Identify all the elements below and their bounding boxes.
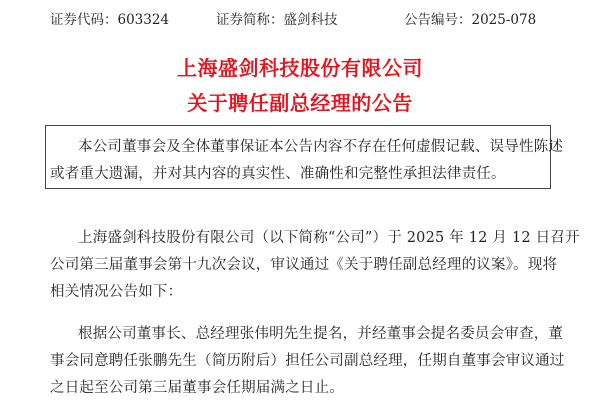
securities-code: 证券代码：603324 <box>50 8 169 28</box>
disclaimer-box: 本公司董事会及全体董事保证本公告内容不存在任何虚假记载、误导性陈述 或者重大遗漏… <box>45 125 551 189</box>
company-title: 上海盛剑科技股份有限公司 <box>0 52 600 81</box>
announcement-title: 关于聘任副总经理的公告 <box>0 87 600 116</box>
disclaimer-line: 或者重大遗漏，并对其内容的真实性、准确性和完整性承担法律责任。 <box>50 162 506 183</box>
paragraph-line: 相关情况公告如下： <box>50 280 182 301</box>
paragraph-line: 公司第三届董事会第十九次会议，审议通过《关于聘任副总经理的议案》。现将 <box>50 253 557 274</box>
paragraph-line: 上海盛剑科技股份有限公司（以下简称“公司”）于 2025 年 12 月 12 日… <box>78 226 580 247</box>
announcement-number: 公告编号：2025-078 <box>404 8 536 28</box>
paragraph-line: 根据公司董事长、总经理张伟明先生提名，并经董事会提名委员会审查，董 <box>78 322 563 343</box>
disclaimer-line: 本公司董事会及全体董事保证本公告内容不存在任何虚假记载、误导性陈述 <box>78 135 563 156</box>
paragraph-line: 事会同意聘任张鹏先生（简历附后）担任公司副总经理，任期自董事会审议通过 <box>50 349 565 370</box>
paragraph-line: 之日起至公司第三届董事会任期届满之日止。 <box>50 376 344 397</box>
securities-name: 证券简称：盛剑科技 <box>216 8 338 28</box>
document-header: 证券代码：603324 证券简称：盛剑科技 公告编号：2025-078 <box>0 8 600 28</box>
